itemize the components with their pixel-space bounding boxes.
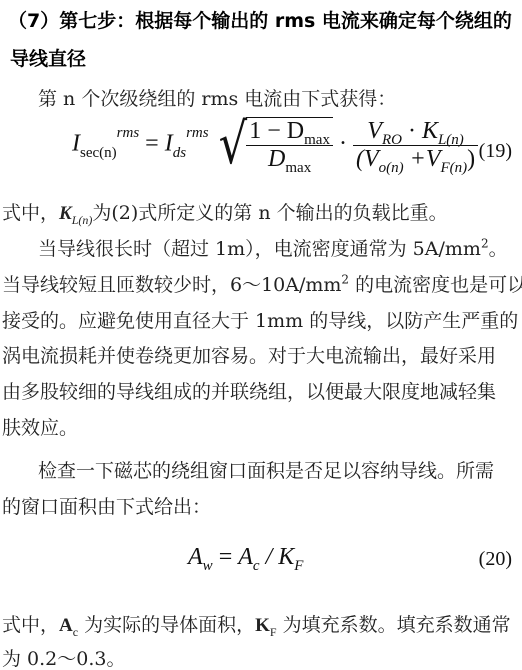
intro-text: 第 n 个次级绕组的 rms 电流由下式获得： [38, 84, 396, 111]
eq19-equals: = [145, 131, 159, 157]
paragraph1-line3: 接受的。应避免使用直径大于 1mm 的导线，以防产生严重的 [2, 306, 518, 333]
frac-den-open: (V [356, 146, 379, 172]
p1-line1-sup: 2 [481, 237, 489, 251]
frac-den-a-sub: o(n) [379, 160, 404, 176]
eq20-slash: / [260, 544, 279, 570]
frac-den-plus: +V [404, 146, 441, 172]
p1-line1-text: 当导线很长时（超过 1m），电流密度通常为 5A/mm [38, 238, 481, 260]
paragraph2-line2: 的窗口面积由下式给出： [2, 492, 211, 519]
eq19-rhs-sup: rms [186, 125, 209, 141]
p1-line1-end: 。 [489, 238, 508, 260]
sqrt-denominator-sub: max [285, 160, 311, 176]
paragraph2-line1: 检查一下磁芯的绕组窗口面积是否足以容纳导线。所需 [38, 456, 494, 483]
p1-line2-end: 的电流密度也是可以 [349, 274, 522, 296]
frac-num-dot: · [402, 118, 422, 144]
eq19-dot: · [339, 131, 347, 157]
p1-line2-sup: 2 [341, 273, 349, 287]
eq20-ac-sub: c [253, 558, 260, 574]
eq20-ac: A [238, 544, 253, 570]
eq19-rhs-sub: ds [173, 145, 186, 161]
frac-num-k: K [422, 118, 438, 144]
eq19-lhs-sup: rms [117, 125, 140, 141]
eq20-equals: = [213, 544, 239, 570]
section-heading-line1: （7）第七步：根据每个输出的 rms 电流来确定每个绕组的 [8, 6, 512, 33]
paragraph1-line1: 当导线很长时（超过 1m），电流密度通常为 5A/mm2。 [38, 234, 508, 261]
sqrt-denominator: D [268, 146, 285, 172]
explain20-kf-sub: F [270, 625, 277, 639]
equation-20-explanation-line1: 式中，Ac 为实际的导体面积，KF 为填充系数。填充系数通常 [2, 610, 511, 637]
frac-den-b-sub: F(n) [440, 160, 467, 176]
frac-num-v: V [367, 118, 382, 144]
section-heading-line2: 导线直径 [10, 44, 86, 71]
paragraph1-line6: 肤效应。 [2, 413, 78, 440]
explain20-prefix: 式中， [2, 614, 59, 636]
explain19-symbol-sub: L(n) [72, 213, 93, 227]
eq20-kf: K [278, 544, 294, 570]
sqrt-numerator-sub: max [304, 132, 330, 148]
frac-den-close: ) [467, 146, 475, 172]
frac-num-v-sub: RO [382, 132, 402, 148]
explain20-kf: K [255, 615, 270, 636]
paragraph1-line5: 由多股较细的导线组成的并联绕组，以便最大限度地减轻集 [2, 377, 496, 404]
ratio-fraction: VRO · KL(n) (Vo(n) +VF(n)) [353, 118, 478, 173]
explain20-ac: A [59, 615, 73, 636]
equation-19-explanation: 式中，KL(n)为(2)式所定义的第 n 个输出的负载比重。 [2, 198, 448, 225]
explain19-suffix: 为(2)式所定义的第 n 个输出的负载比重。 [92, 202, 447, 224]
radical-sign: √ [218, 117, 247, 173]
explain19-prefix: 式中， [2, 202, 59, 224]
paragraph1-line2: 当导线较短且匝数较少时，6～10A/mm2 的电流密度也是可以 [2, 270, 522, 297]
equation-20-number: (20) [479, 548, 512, 571]
sqrt-numerator: 1 − D [249, 118, 304, 144]
sqrt-fraction: 1 − Dmax Dmax [246, 118, 333, 173]
explain20-mid: 为实际的导体面积， [78, 614, 255, 636]
eq19-rhs: I [165, 131, 173, 157]
explain19-symbol: K [59, 203, 72, 224]
paragraph1-line4: 涡电流损耗并使卷绕更加容易。对于大电流输出，最好采用 [2, 341, 496, 368]
eq20-lhs-sub: w [203, 558, 213, 574]
explain20-suffix: 为填充系数。填充系数通常 [277, 614, 511, 636]
sqrt-term: √ 1 − Dmax Dmax [215, 117, 333, 173]
equation-19-number: (19) [479, 140, 512, 163]
eq19-lhs-sub: sec(n) [80, 145, 117, 161]
p1-line2-text: 当导线较短且匝数较少时，6～10A/mm [2, 274, 341, 296]
frac-num-k-sub: L(n) [438, 132, 464, 148]
eq19-lhs: I [72, 131, 80, 157]
eq20-lhs: A [188, 544, 203, 570]
equation-19: Isec(n)rms = Idsrms √ 1 − Dmax Dmax · VR… [72, 117, 478, 173]
equation-20: Aw = Ac / KF [188, 544, 303, 571]
equation-20-explanation-line2: 为 0.2～0.3。 [2, 644, 125, 670]
eq20-kf-sub: F [294, 558, 303, 574]
